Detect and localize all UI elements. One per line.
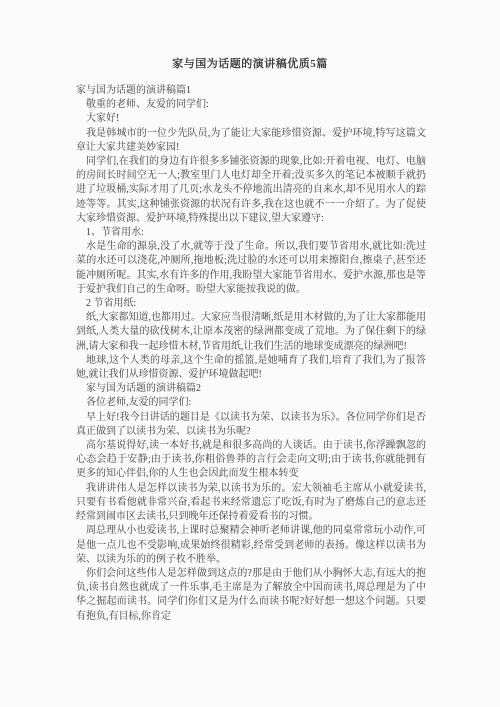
paragraph: 敬重的老师、友爱的同学们: [76,98,426,112]
paragraph: 同学们,在我们的身边有许很多多铺张资源的现象,比如:开着电视、电灯、电脑的房间长… [76,155,426,226]
paragraph: 家与国为话题的演讲稿篇1 [76,84,426,98]
paragraph: 你们会问这些伟人是怎样做到这点的?那是由于他们从小胸怀大志,有远大的抱负,读书自… [76,567,426,624]
paragraph: 我是韩城市的一位少先队员,为了能让大家能珍惜资源、爱护环境,特写这篇文章让大家共… [76,127,426,155]
document-page: 家与国为话题的演讲稿优质5篇 家与国为话题的演讲稿篇1敬重的老师、友爱的同学们:… [0,0,500,707]
paragraph: 周总理从小也爱读书,上课时总聚精会神听老师讲课,他的同桌常常玩小动作,可是他一点… [76,524,426,567]
paragraph: 2 节省用纸: [76,297,426,311]
paragraph: 家与国为话题的演讲稿篇2 [76,382,426,396]
paragraph: 纸,大家都知道,也都用过。大家应当很清晰,纸是用木材做的,为了让大家都能用到纸,… [76,311,426,354]
paragraph: 高尔基说得好,读一本好书,就是和很多高尚的人谈话。由于读书,你浮躁飘忽的心态会趋… [76,439,426,482]
paragraph: 地球,这个人类的母亲,这个生命的摇篮,是她哺育了我们,培育了我们,为了报答她,就… [76,354,426,382]
document-body: 家与国为话题的演讲稿篇1敬重的老师、友爱的同学们:大家好!我是韩城市的一位少先队… [76,84,426,624]
paragraph: 早上好!我今日讲话的题目是《以读书为荣、以读书为乐》。各位同学你们是否真正做到了… [76,411,426,439]
paragraph: 大家好! [76,112,426,126]
paragraph: 1、节省用水: [76,226,426,240]
paragraph: 我讲讲伟人是怎样以读书为荣,以读书为乐的。宏大领袖毛主席从小就爱读书,只要有书看… [76,482,426,525]
paragraph: 水是生命的源泉,没了水,就等于没了生命。所以,我们要节省用水,就比如:洗过菜的水… [76,240,426,297]
paragraph: 各位老师,友爱的同学们: [76,396,426,410]
document-title: 家与国为话题的演讲稿优质5篇 [0,55,500,71]
